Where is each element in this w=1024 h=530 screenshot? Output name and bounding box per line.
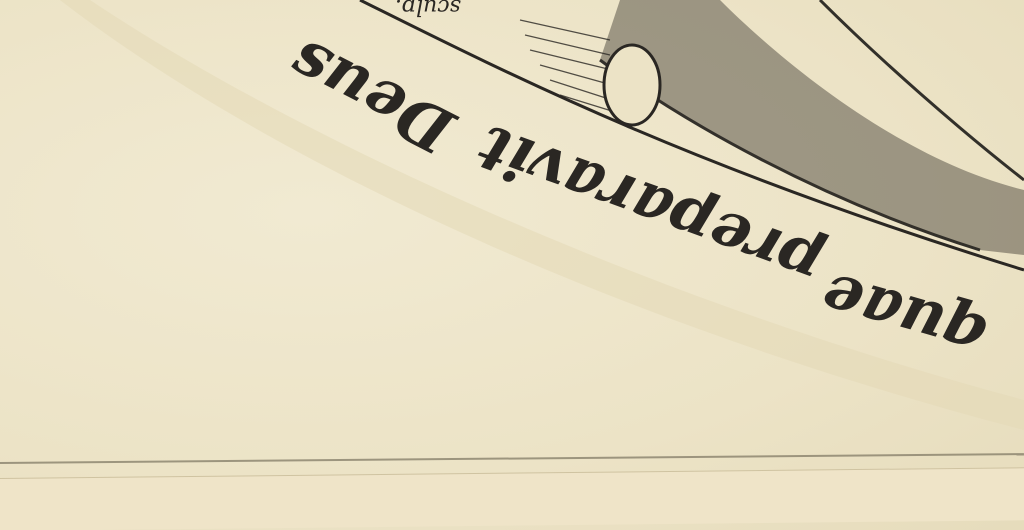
mount-board — [0, 467, 1024, 530]
engraver-mark: sculp. — [395, 0, 461, 19]
foot-shape — [604, 45, 660, 125]
hatch-lines — [520, 20, 615, 112]
engraving-artwork — [0, 0, 1024, 530]
